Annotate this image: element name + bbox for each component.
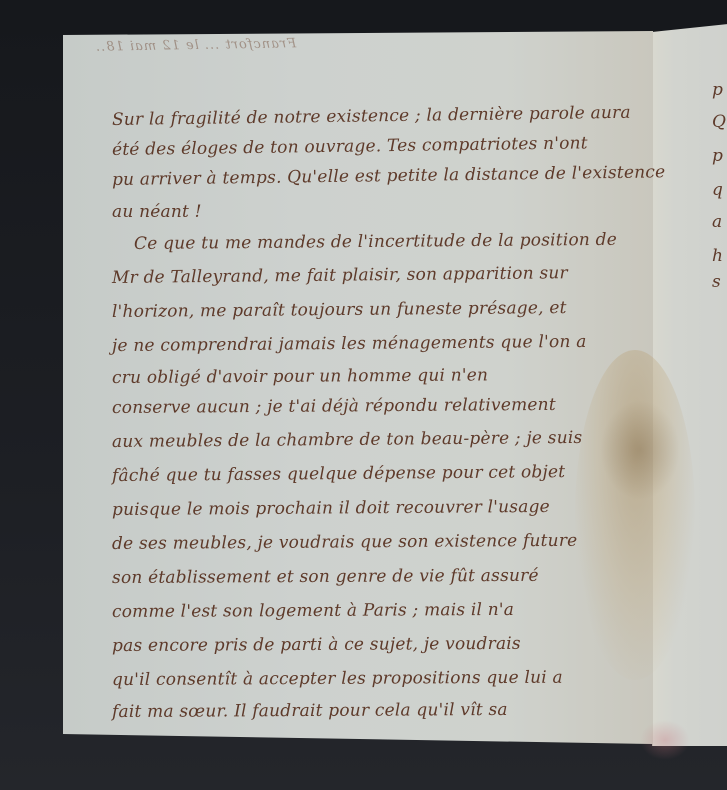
facing-page-letter: p (712, 80, 723, 100)
letter-line: Ce que tu me mandes de l'incertitude de … (134, 230, 617, 254)
facing-page-letter: Q (712, 112, 726, 132)
facing-page-letter: p (712, 146, 723, 166)
letter-line: cru obligé d'avoir pour un homme qui n'e… (112, 365, 488, 388)
letter-line: comme l'est son logement à Paris ; mais … (112, 600, 514, 622)
letter-line: je ne comprendrai jamais les ménagements… (112, 332, 587, 356)
letter-line: de ses meubles, je voudrais que son exis… (112, 531, 578, 554)
letter-line: pas encore pris de parti à ce sujet, je … (112, 634, 521, 656)
facing-page-letter: h (712, 246, 723, 266)
letter-line: puisque le mois prochain il doit recouvr… (112, 497, 550, 520)
facing-page-letter: s (712, 272, 721, 292)
letter-line: aux meubles de la chambre de ton beau-pè… (112, 428, 583, 452)
facing-page (652, 24, 727, 746)
letter-line: son établissement et son genre de vie fû… (112, 566, 539, 588)
facing-page-letter: a (712, 212, 722, 232)
letter-line: au néant ! (112, 202, 202, 222)
facing-page-letter: q (712, 180, 723, 200)
letter-line: qu'il consentît à accepter les propositi… (112, 668, 563, 690)
letter-line: fait ma sœur. Il faudrait pour cela qu'i… (112, 700, 508, 722)
letter-line: l'horizon, me paraît toujours un funeste… (112, 298, 567, 322)
letter-line: conserve aucun ; je t'ai déjà répondu re… (112, 395, 556, 418)
letter-line: fâché que tu fasses quelque dépense pour… (112, 462, 565, 486)
